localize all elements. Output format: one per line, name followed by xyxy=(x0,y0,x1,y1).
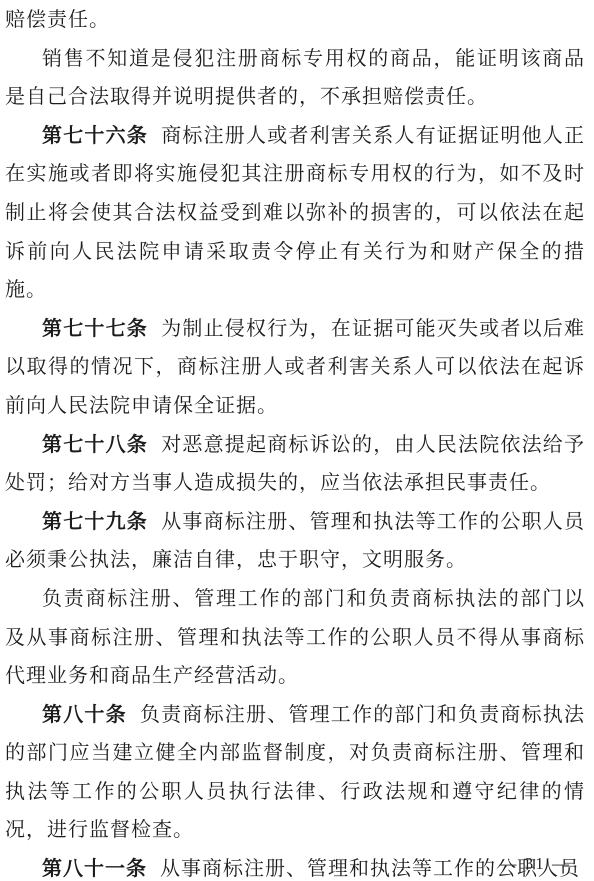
page-number: — 31 — xyxy=(500,854,572,874)
article-number: 第七十九条 xyxy=(42,511,148,533)
body-paragraph: 赔偿责任。 xyxy=(5,1,585,40)
paragraph-text: 销售不知道是侵犯注册商标专用权的商品，能证明该商品是自己合法取得并说明提供者的，… xyxy=(5,48,585,109)
article-paragraph: 第七十六条商标注册人或者利害关系人有证据证明他人正在实施或者即将实施侵犯其注册商… xyxy=(5,117,585,310)
body-paragraph: 销售不知道是侵犯注册商标专用权的商品，能证明该商品是自己合法取得并说明提供者的，… xyxy=(5,40,585,117)
article-paragraph: 第七十九条从事商标注册、管理和执法等工作的公职人员必须秉公执法，廉洁自律，忠于职… xyxy=(5,503,585,580)
document-page: 赔偿责任。销售不知道是侵犯注册商标专用权的商品，能证明该商品是自己合法取得并说明… xyxy=(0,0,594,881)
article-number: 第七十六条 xyxy=(42,125,148,147)
paragraph-text: 商标注册人或者利害关系人有证据证明他人正在实施或者即将实施侵犯其注册商标专用权的… xyxy=(5,125,585,301)
paragraph-text: 赔偿责任。 xyxy=(5,9,110,31)
paragraph-text: 负责商标注册、管理工作的部门和负责商标执法的部门以及从事商标注册、管理和执法等工… xyxy=(5,588,585,687)
article-paragraph: 第八十条负责商标注册、管理工作的部门和负责商标执法的部门应当建立健全内部监督制度… xyxy=(5,696,585,850)
article-number: 第七十八条 xyxy=(42,434,148,456)
article-number: 第七十七条 xyxy=(42,318,148,340)
article-number: 第八十条 xyxy=(42,704,127,726)
article-paragraph: 第七十八条对恶意提起商标诉讼的，由人民法院依法给予处罚；给对方当事人造成损失的，… xyxy=(5,426,585,503)
article-paragraph: 第八十一条从事商标注册、管理和执法等工作的公职人员 xyxy=(5,850,585,881)
legal-text-body: 赔偿责任。销售不知道是侵犯注册商标专用权的商品，能证明该商品是自己合法取得并说明… xyxy=(0,0,594,881)
body-paragraph: 负责商标注册、管理工作的部门和负责商标执法的部门以及从事商标注册、管理和执法等工… xyxy=(5,580,585,696)
article-number: 第八十一条 xyxy=(42,858,147,880)
article-paragraph: 第七十七条为制止侵权行为，在证据可能灭失或者以后难以取得的情况下，商标注册人或者… xyxy=(5,310,585,426)
